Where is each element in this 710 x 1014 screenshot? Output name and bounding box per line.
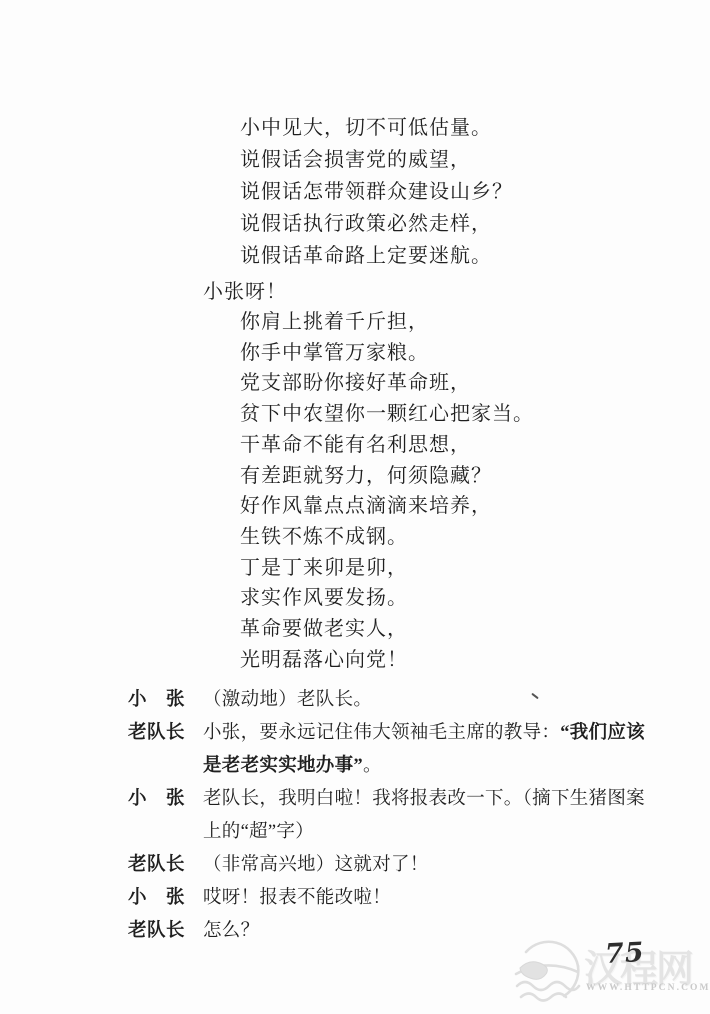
dialogue-entry: 小 张（激动地）老队长。 — [128, 684, 688, 717]
dialogue-text: 老队长，我明白啦！我将报表改一下。（摘下生猪图案上的“超”字） — [203, 783, 688, 849]
wave-logo-fish-shape — [520, 962, 547, 980]
speaker-name: 老队长 — [128, 717, 186, 750]
dialogue-line: 小张，要永远记住伟大领袖毛主席的教导：“我们应该 — [203, 717, 688, 750]
dialogue-text: 哎呀！报表不能改啦！ — [203, 882, 688, 915]
dialogue-text: （非常高兴地）这就对了！ — [203, 849, 688, 882]
verse-line: 党支部盼你接好革命班， — [240, 368, 534, 399]
verse-line: 你手中掌管万家粮。 — [240, 338, 534, 369]
dialogue-list: 小 张（激动地）老队长。老队长小张，要永远记住伟大领袖毛主席的教导：“我们应该是… — [128, 684, 688, 948]
dialogue-segment: （激动地）老队长。 — [203, 690, 372, 710]
verse-line: 说假话会损害党的威望， — [240, 144, 513, 176]
verse-line: 生铁不炼不成钢。 — [240, 522, 534, 553]
dialogue-text: （激动地）老队长。 — [203, 684, 688, 717]
dialogue-line: （激动地）老队长。 — [203, 684, 688, 717]
verse-line: 干革命不能有名利思想， — [240, 430, 534, 461]
interjection-line: 小张呀！ — [203, 276, 287, 308]
dialogue-segment: “我们应该 — [560, 723, 645, 743]
dialogue-line: 是老老实实地办事”。 — [203, 750, 688, 783]
dialogue-text: 小张，要永远记住伟大领袖毛主席的教导：“我们应该是老老实实地办事”。 — [203, 717, 688, 783]
verse-line: 贫下中农望你一颗红心把家当。 — [240, 399, 534, 430]
verse-line: 有差距就努力，何须隐藏？ — [240, 461, 534, 492]
speaker-name: 老队长 — [128, 915, 186, 948]
verse-line: 小中见大，切不可低估量。 — [240, 112, 513, 144]
dialogue-segment: 老队长，我明白啦！我将报表改一下。（摘下生猪图案 — [203, 789, 645, 809]
verse-line: 革命要做老实人， — [240, 614, 534, 645]
verse-line: 求实作风要发扬。 — [240, 583, 534, 614]
dialogue-entry: 老队长（非常高兴地）这就对了！ — [128, 849, 688, 882]
dialogue-line: 上的“超”字） — [203, 816, 688, 849]
dialogue-line: 老队长，我明白啦！我将报表改一下。（摘下生猪图案 — [203, 783, 688, 816]
speaker-name: 老队长 — [128, 849, 186, 882]
verse-line: 好作风靠点点滴滴来培养， — [240, 491, 534, 522]
watermark-site-url: WWW.HTTPCN.COM — [586, 983, 710, 993]
dialogue-segment: 怎么？ — [203, 921, 259, 941]
verse-line: 丁是丁来卯是卯， — [240, 553, 534, 584]
verse-line: 说假话执行政策必然走样， — [240, 208, 513, 240]
verse-line: 说假话革命路上定要迷航。 — [240, 240, 513, 272]
dialogue-line: 哎呀！报表不能改啦！ — [203, 882, 688, 915]
dialogue-segment: 小张，要永远记住伟大领袖毛主席的教导： — [203, 723, 560, 743]
dialogue-segment: 上的“超”字） — [203, 822, 314, 842]
dialogue-entry: 小 张老队长，我明白啦！我将报表改一下。（摘下生猪图案上的“超”字） — [128, 783, 688, 849]
wave-logo-icon — [512, 930, 584, 1008]
scanned-script-page: 小中见大，切不可低估量。说假话会损害党的威望，说假话怎带领群众建设山乡？说假话执… — [0, 0, 710, 1014]
dialogue-entry: 小 张哎呀！报表不能改啦！ — [128, 882, 688, 915]
verse-line: 你肩上挑着千斤担， — [240, 307, 534, 338]
page-number: 75 — [604, 937, 645, 970]
dialogue-entry: 老队长小张，要永远记住伟大领袖毛主席的教导：“我们应该是老老实实地办事”。 — [128, 717, 688, 783]
dialogue-line: （非常高兴地）这就对了！ — [203, 849, 688, 882]
dialogue-segment: 哎呀！报表不能改啦！ — [203, 888, 391, 908]
speaker-name: 小 张 — [128, 783, 186, 816]
dialogue-segment: 是老老实实地办事” — [203, 756, 363, 776]
speaker-name: 小 张 — [128, 882, 186, 915]
verse-block-1: 小中见大，切不可低估量。说假话会损害党的威望，说假话怎带领群众建设山乡？说假话执… — [240, 112, 513, 272]
verse-line: 说假话怎带领群众建设山乡？ — [240, 176, 513, 208]
verse-block-2: 你肩上挑着千斤担，你手中掌管万家粮。党支部盼你接好革命班，贫下中农望你一颗红心把… — [240, 307, 534, 675]
speaker-name: 小 张 — [128, 684, 186, 717]
dialogue-segment: 。 — [363, 756, 382, 776]
dialogue-segment: （非常高兴地）这就对了！ — [203, 855, 429, 875]
verse-line: 光明磊落心向党！ — [240, 645, 534, 676]
